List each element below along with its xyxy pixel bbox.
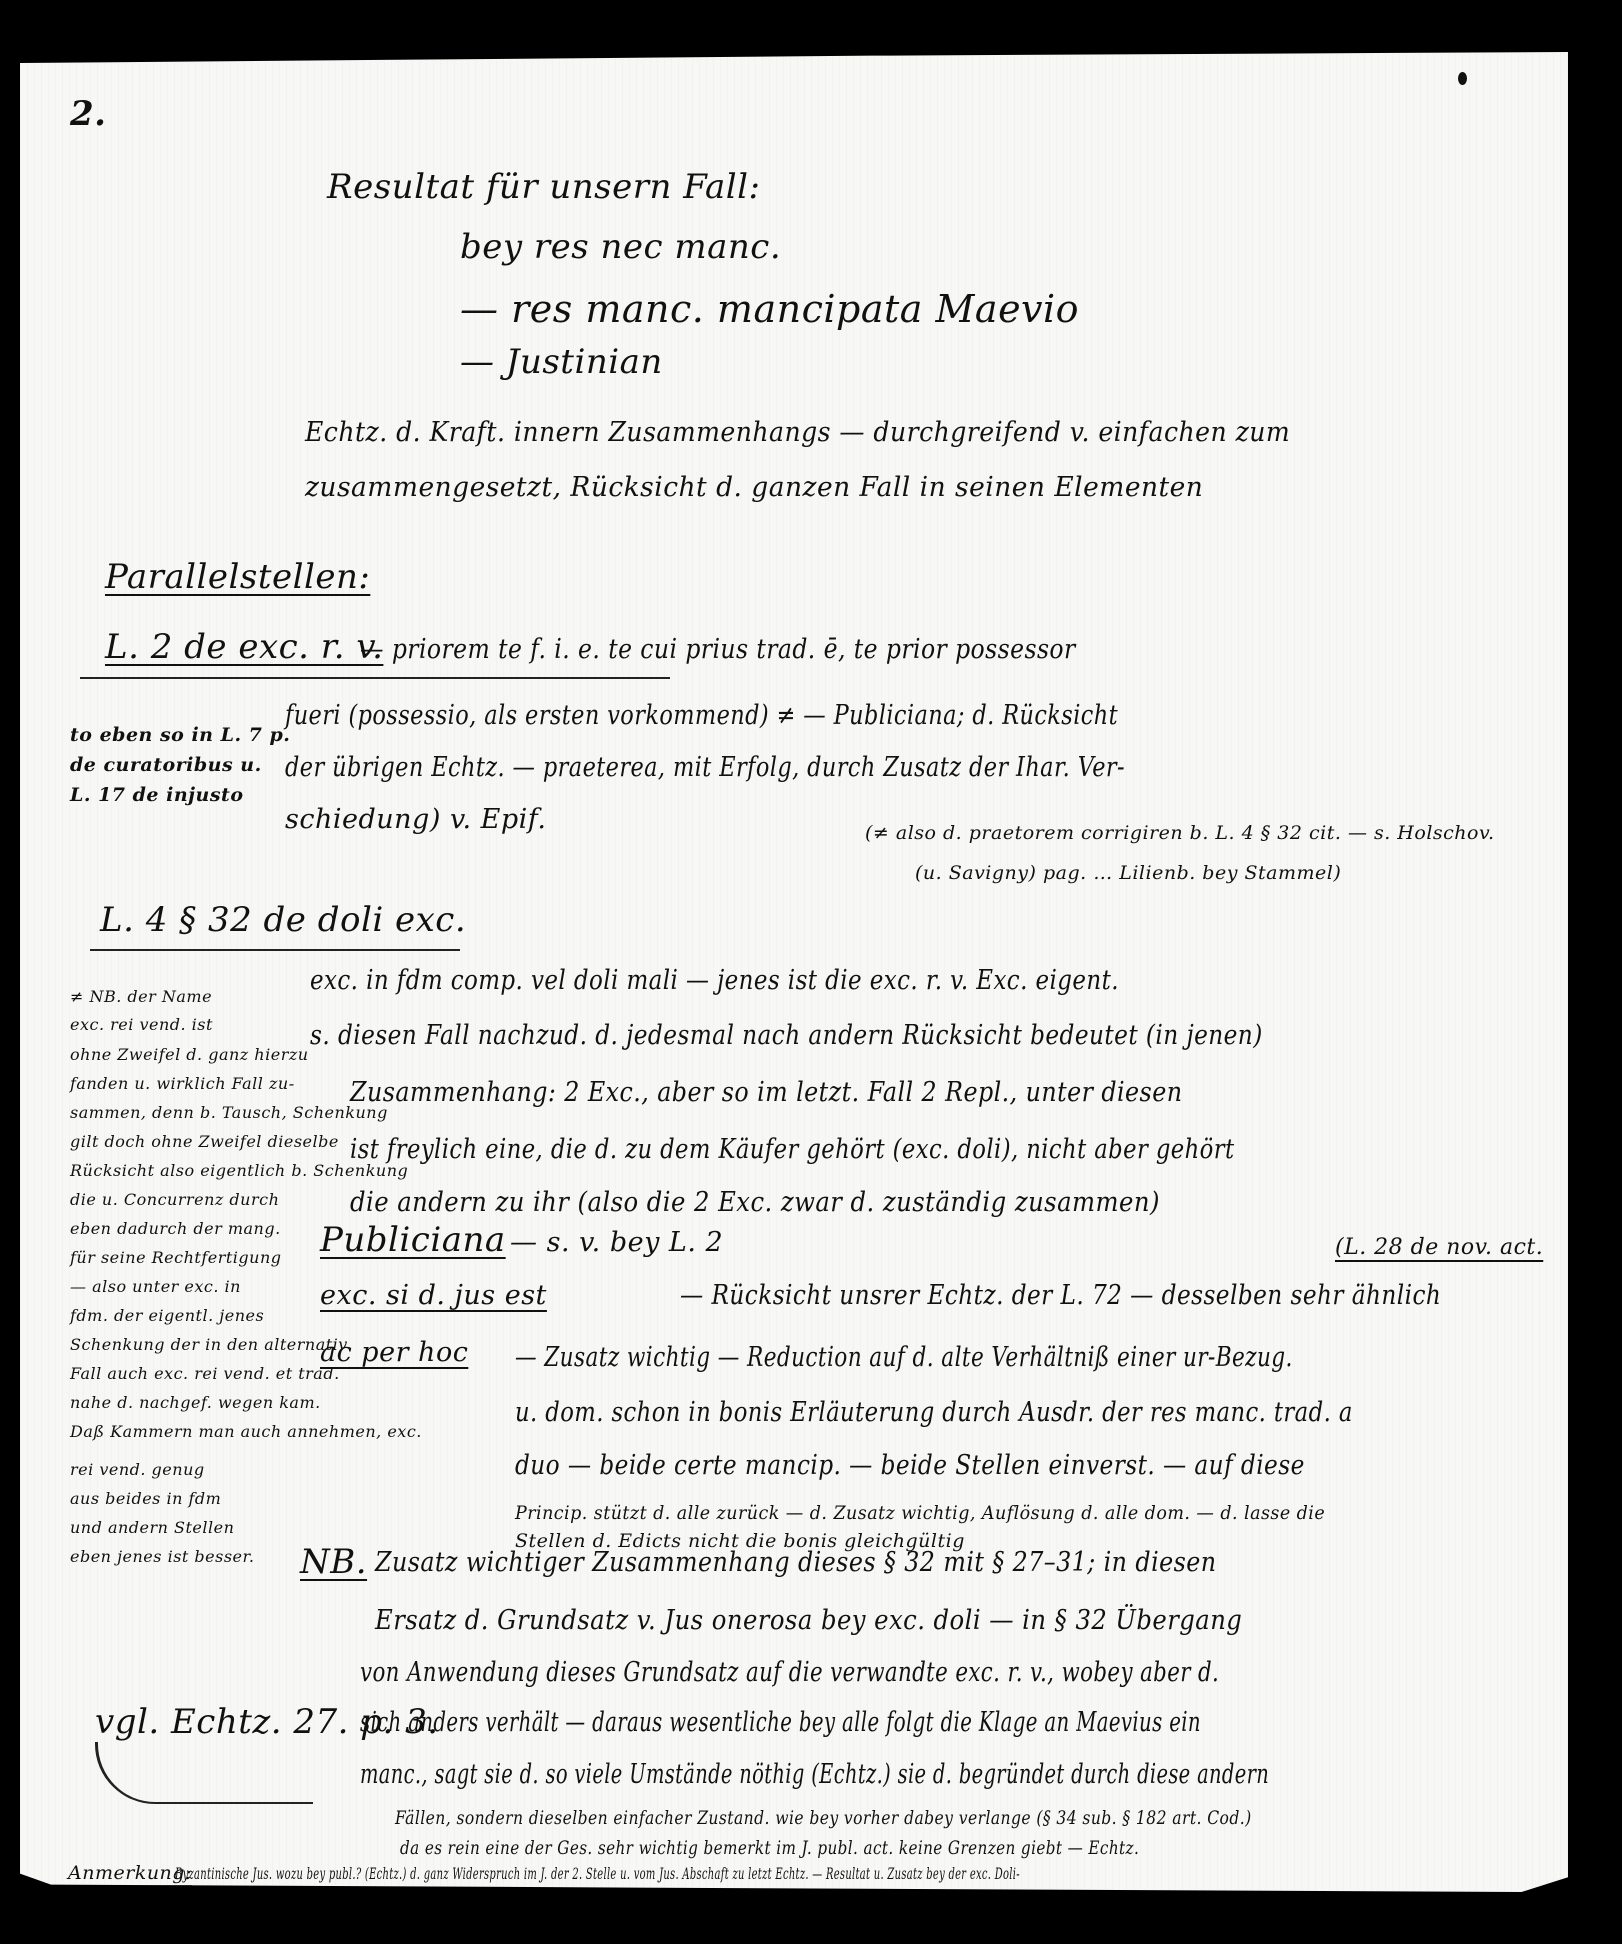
doli-line-1: exc. in fdm comp. vel doli mali — jenes … [310,965,1119,996]
law-reference-l2: L. 2 de exc. r. v. [105,627,383,667]
nb-label: NB. [300,1542,367,1582]
anmerkung-label: Anmerkung: [68,1862,192,1884]
nb-line-3: von Anwendung dieses Grundsatz auf die v… [360,1657,1219,1688]
publiciana-sub-1: exc. si d. jus est [320,1280,547,1311]
margin-note-line: und andern Stellen [70,1518,234,1537]
heading-line-1: Resultat für unsern Fall: [327,167,760,207]
margin-note-line: sammen, denn b. Tausch, Schenkung [70,1103,388,1122]
parallel-note-1: (≠ also d. praetorem corrigiren b. L. 4 … [865,822,1494,844]
margin-note-line: eben dadurch der mang. [70,1219,281,1238]
margin-note-line: rei vend. genug [70,1460,205,1479]
parallel-line-2: fueri (possessio, als ersten vorkommend)… [285,700,1118,731]
nb-line-1: Zusatz wichtiger Zusammenhang dieses § 3… [375,1547,1217,1578]
doli-line-4: ist freylich eine, die d. zu dem Käufer … [350,1134,1235,1165]
margin-note-line: aus beides in fdm [70,1489,221,1508]
nb-line-5: manc., sagt sie d. so viele Umstände nöt… [360,1759,1269,1790]
margin-ref-3: L. 17 de injusto [70,784,244,806]
margin-note-line: fanden u. wirklich Fall zu- [70,1074,295,1093]
margin-note-line: Rücksicht also eigentlich b. Schenkung [70,1161,408,1180]
margin-note-line: nahe d. nachgef. wegen kam. [70,1393,321,1412]
section-rule [80,677,670,679]
publiciana-sub-2: ac per hoc [320,1337,468,1368]
anmerkung-line-1: Byzantinische Jus. wozu bey publ.? (Echt… [175,1864,1020,1883]
intro-line-2: zusammengesetzt, Rücksicht d. ganzen Fal… [305,472,1203,503]
manuscript-page: 2. Resultat für unsern Fall: bey res nec… [20,52,1568,1892]
publiciana-line-2: — Zusatz wichtig — Reduction auf d. alte… [515,1342,1293,1373]
nb-line-2: Ersatz d. Grundsatz v. Jus onerosa bey e… [375,1605,1242,1636]
parallel-line-1: — priorem te f. i. e. te cui prius trad.… [360,634,1076,665]
parallel-line-3: der übrigen Echtz. — praeterea, mit Erfo… [285,752,1125,783]
anmerkung-line-2: aber die L. 3 § 1 !) — Byzantinische L. … [185,1892,931,1911]
section-title-parallelstellen: Parallelstellen: [105,557,370,597]
parallel-note-2: (u. Savigny) pag. … Lilienb. bey Stammel… [915,862,1341,884]
margin-ref-1: to eben so in L. 7 p. [70,724,290,746]
vgl-reference: vgl. Echtz. 27. p. 3. [95,1702,439,1742]
ink-blot [1458,72,1467,85]
margin-note-line: eben jenes ist besser. [70,1547,255,1566]
doli-line-2: s. diesen Fall nachzud. d. jedesmal nach… [310,1020,1263,1051]
margin-note-line: ohne Zweifel d. ganz hierzu [70,1045,309,1064]
margin-note-line: Fall auch exc. rei vend. et trad. [70,1364,340,1383]
ref-l28-de-nov-act: (L. 28 de nov. act. [1335,1235,1543,1260]
margin-note-line: Daß Kammern man auch annehmen, exc. [70,1422,422,1441]
doli-line-3: Zusammenhang: 2 Exc., aber so im letzt. … [350,1077,1182,1108]
margin-note-line: Schenkung der in den alternativ [70,1335,348,1354]
nb-line-6: Fällen, sondern dieselben einfacher Zust… [395,1807,1252,1829]
margin-note-line: — also unter exc. in [70,1277,241,1296]
margin-ref-2: de curatoribus u. [70,754,262,776]
section-title-publiciana: Publiciana [320,1220,506,1260]
margin-note-line: für seine Rechtfertigung [70,1248,282,1267]
section-title-doli: L. 4 § 32 de doli exc. [100,900,466,940]
margin-note-line: fdm. der eigentl. jenes [70,1306,264,1325]
publiciana-line-3: u. dom. schon in bonis Erläuterung durch… [515,1397,1353,1428]
heading-line-3: — res manc. mancipata Maevio [460,287,1079,331]
nb-line-7: da es rein eine der Ges. sehr wichtig be… [400,1837,1139,1859]
heading-line-4: — Justinian [460,342,663,382]
margin-note-line: gilt doch ohne Zweifel dieselbe [70,1132,339,1151]
doli-line-5: die andern zu ihr (also die 2 Exc. zwar … [350,1187,1160,1218]
intro-line-1: Echtz. d. Kraft. innern Zusammenhangs — … [305,417,1290,448]
publiciana-suffix: — s. v. bey L. 2 [510,1227,723,1258]
parallel-line-4: schiedung) v. Epif. [285,804,546,835]
publiciana-line-4: duo — beide certe mancip. — beide Stelle… [515,1450,1305,1481]
margin-note-line: ≠ NB. der Name [70,987,212,1006]
heading-line-2: bey res nec manc. [460,227,781,267]
margin-note-line: die u. Concurrenz durch [70,1190,279,1209]
section-rule [90,949,460,951]
page-number: 2. [70,94,107,134]
publiciana-line-5: Princip. stützt d. alle zurück — d. Zusa… [515,1502,1325,1524]
connector-line [95,1742,313,1804]
nb-line-4: sich anders verhält — daraus wesentliche… [360,1707,1201,1738]
margin-note-line: exc. rei vend. ist [70,1015,213,1034]
publiciana-line-1: — Rücksicht unsrer Echtz. der L. 72 — de… [680,1280,1441,1311]
